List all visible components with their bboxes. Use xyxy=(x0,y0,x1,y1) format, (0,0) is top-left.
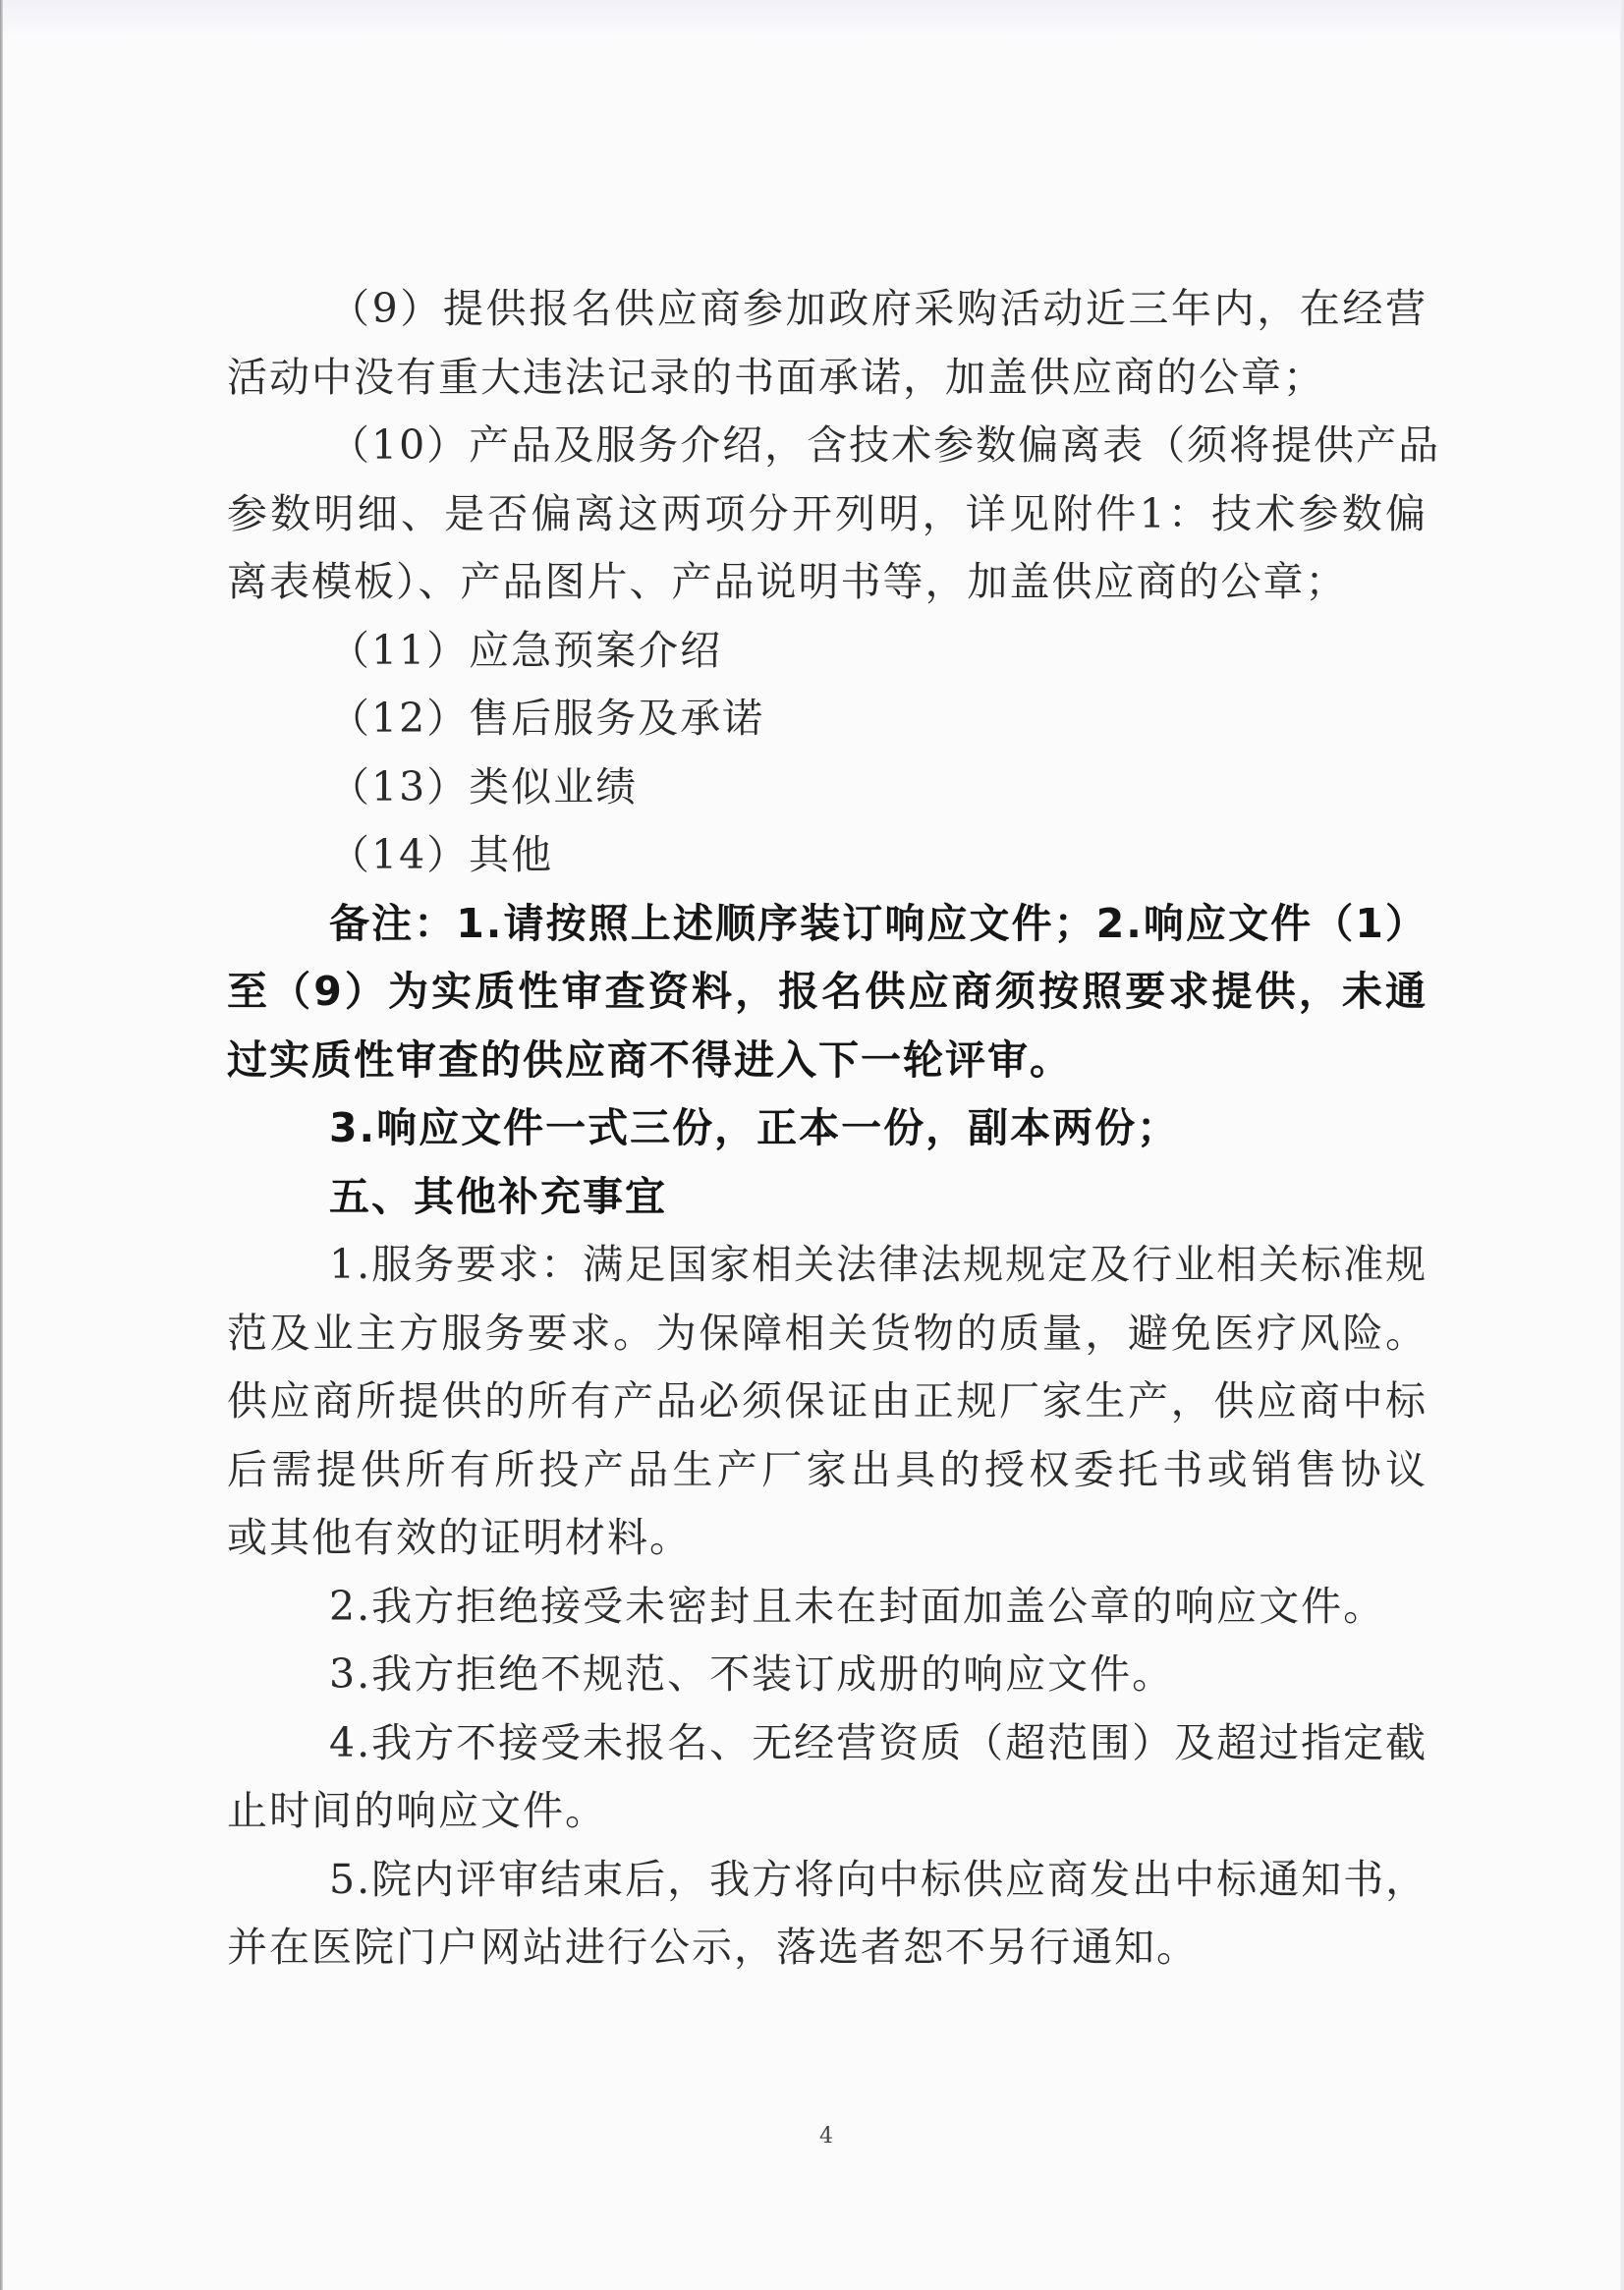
remark-line-1: 备注：1.请按照上述顺序装订响应文件；2.响应文件（1） xyxy=(329,889,1428,958)
supplement-1-line-5: 或其他有效的证明材料。 xyxy=(227,1503,1428,1572)
supplement-1-line-1: 1.服务要求：满足国家相关法律法规规定及行业相关标准规 xyxy=(329,1230,1428,1299)
remark-line-3: 过实质性审查的供应商不得进入下一轮评审。 xyxy=(227,1026,1428,1094)
supplement-3: 3.我方拒绝不规范、不装订成册的响应文件。 xyxy=(329,1640,1428,1708)
supplement-5-line-2: 并在医院门户网站进行公示，落选者恕不另行通知。 xyxy=(227,1913,1428,1982)
item-11: （11）应急预案介绍 xyxy=(329,616,1428,685)
supplement-1-line-2: 范及业主方服务要求。为保障相关货物的质量，避免医疗风险。 xyxy=(227,1299,1428,1368)
item-9-line-1: （9）提供报名供应商参加政府采购活动近三年内，在经营 xyxy=(329,274,1428,343)
supplement-5-line-1: 5.院内评审结束后，我方将向中标供应商发出中标通知书， xyxy=(329,1845,1428,1914)
item-9-line-2: 活动中没有重大违法记录的书面承诺，加盖供应商的公章； xyxy=(227,343,1428,412)
item-10-line-3: 离表模板）、产品图片、产品说明书等，加盖供应商的公章； xyxy=(227,547,1428,616)
supplement-2: 2.我方拒绝接受未密封且未在封面加盖公章的响应文件。 xyxy=(329,1572,1428,1641)
item-12: （12）售后服务及承诺 xyxy=(329,684,1428,753)
supplement-4-line-2: 止时间的响应文件。 xyxy=(227,1776,1428,1845)
item-10-line-1: （10）产品及服务介绍，含技术参数偏离表（须将提供产品 xyxy=(329,411,1428,479)
page-left-edge xyxy=(0,0,3,2290)
scan-top-tint xyxy=(0,0,1624,39)
item-14: （14）其他 xyxy=(329,820,1428,889)
page-right-edge xyxy=(1620,0,1624,2290)
supplement-1-line-3: 供应商所提供的所有产品必须保证由正规厂家生产，供应商中标 xyxy=(227,1367,1428,1435)
remark-copies-line: 3.响应文件一式三份，正本一份，副本两份； xyxy=(329,1093,1428,1162)
item-13: （13）类似业绩 xyxy=(329,753,1428,821)
section-heading-5: 五、其他补充事宜 xyxy=(329,1162,1428,1231)
supplement-1-line-4: 后需提供所有所投产品生产厂家出具的授权委托书或销售协议 xyxy=(227,1435,1428,1504)
remark-line-2: 至（9）为实质性审查资料，报名供应商须按照要求提供，未通 xyxy=(227,957,1428,1026)
supplement-4-line-1: 4.我方不接受未报名、无经营资质（超范围）及超过指定截 xyxy=(329,1708,1428,1777)
page-number: 4 xyxy=(816,2122,836,2151)
item-10-line-2: 参数明细、是否偏离这两项分开列明，详见附件1：技术参数偏 xyxy=(227,479,1428,548)
